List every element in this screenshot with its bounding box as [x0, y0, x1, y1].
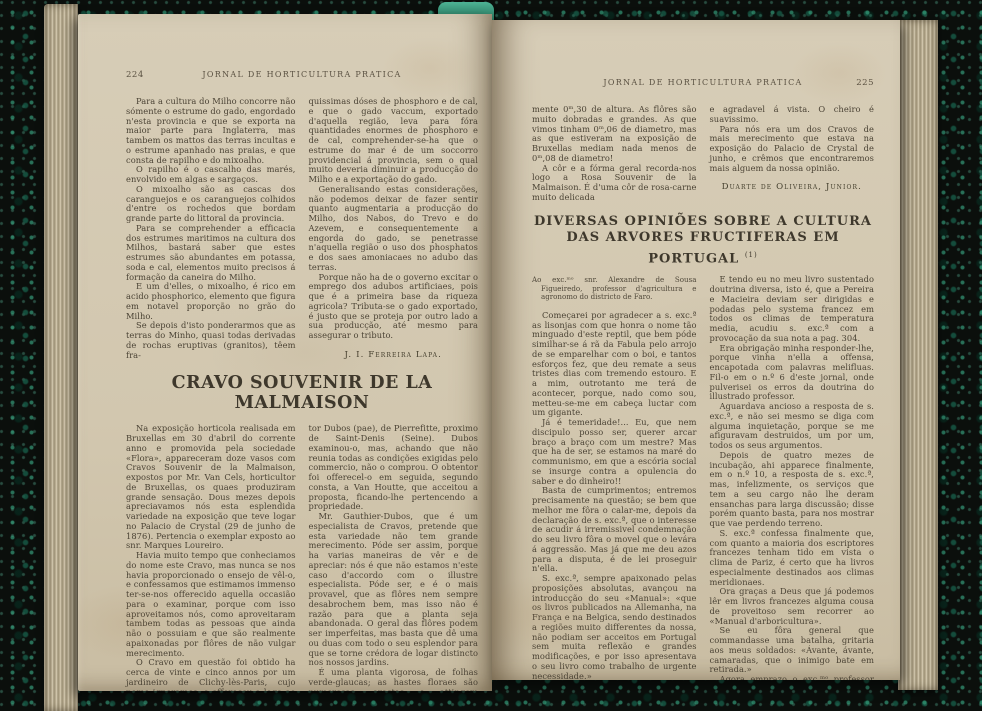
paragraph: Ora graças a Deus que já podemos lêr em …	[710, 587, 875, 626]
paragraph: Aguardava ancioso a resposta de s. exc.ª…	[710, 402, 875, 451]
right-bottom-column-1: Ao exc.ᵐᵒ snr. Alexandre de Sousa Figuei…	[532, 275, 697, 680]
paragraph: mente 0ᵐ,30 de altura. As flôres são mui…	[532, 105, 697, 164]
right-top-column-2: e agradavel á vista. O cheiro é suavissi…	[710, 105, 875, 203]
right-page-stack-edge	[898, 20, 938, 690]
paragraph: Para a cultura do Milho concorre não sóm…	[126, 97, 296, 165]
paragraph: S. exc.ª confessa finalmente que, com qu…	[710, 529, 875, 588]
right-page: JORNAL DE HORTICULTURA PRATICA 225 mente…	[492, 20, 900, 680]
paragraph: O Cravo em questão foi obtido ha cerca d…	[126, 658, 296, 691]
paragraph: É uma planta vigorosa, de folhas verde-g…	[309, 668, 479, 691]
book-photo: 224 JORNAL DE HORTICULTURA PRATICA Para …	[0, 0, 982, 711]
article-heading-diversas: DIVERSAS OPINIÕES SOBRE A CULTURA DAS AR…	[532, 214, 874, 268]
paragraph: Porque não ha de o governo excitar o emp…	[309, 273, 479, 341]
left-top-column-1: Para a cultura do Milho concorre não sóm…	[126, 97, 296, 360]
left-page: 224 JORNAL DE HORTICULTURA PRATICA Para …	[78, 14, 492, 691]
left-page-top-columns: Para a cultura do Milho concorre não sóm…	[126, 97, 478, 360]
paragraph: S. exc.ª, sempre apaixonado pelas propos…	[532, 574, 697, 680]
left-top-column-2: quissimas dóses de phosphoro e de cal, e…	[309, 97, 479, 360]
paragraph: Havia muito tempo que conheciamos do nom…	[126, 551, 296, 658]
paragraph: tor Dubos (pae), de Pierrefitte, proximo…	[309, 424, 479, 512]
paragraph: E tendo eu no meu livro sustentado doutr…	[710, 275, 875, 343]
right-bottom-column-2: E tendo eu no meu livro sustentado doutr…	[710, 275, 875, 680]
paragraph: Generalisando estas considerações, não p…	[309, 185, 479, 273]
paragraph: Para se comprehender a efficacia dos est…	[126, 224, 296, 283]
paragraph: Se depois d'isto ponderarmos que as terr…	[126, 321, 296, 360]
article-heading-line2-text: DAS ARVORES FRUCTIFERAS EM PORTUGAL	[566, 230, 839, 266]
right-page-top-columns: mente 0ᵐ,30 de altura. As flôres são mui…	[532, 105, 874, 203]
paragraph: Era obrigação minha responder-lhe, porqu…	[710, 344, 875, 403]
paragraph: O mixoalho são as cascas dos caranguejos…	[126, 185, 296, 224]
left-page-header: 224 JORNAL DE HORTICULTURA PRATICA	[126, 70, 478, 82]
right-page-number: 225	[856, 78, 874, 88]
left-page-bottom-columns: Na exposição horticola realisada em Brux…	[126, 424, 478, 691]
paragraph: Mr. Gauthier-Dubos, que é um especialist…	[309, 512, 479, 668]
left-bottom-column-2: tor Dubos (pae), de Pierrefitte, proximo…	[309, 424, 479, 691]
paragraph: Se eu fôra general que commandasse uma b…	[710, 626, 875, 675]
paragraph: Depois de quatro mezes de incubação, ahi…	[710, 451, 875, 529]
paragraph: Na exposição horticola realisada em Brux…	[126, 424, 296, 551]
paragraph: e agradavel á vista. O cheiro é suavissi…	[710, 105, 875, 125]
author-signature-ferreira-lapa: J. I. Ferreira Lapa.	[309, 350, 479, 360]
article-heading-line1: DIVERSAS OPINIÕES SOBRE A CULTURA	[532, 214, 874, 231]
footnote-reference: (1)	[745, 251, 758, 259]
right-page-bottom-columns: Ao exc.ᵐᵒ snr. Alexandre de Sousa Figuei…	[532, 275, 874, 680]
author-signature-duarte-oliveira: Duarte de Oliveira, Junior.	[710, 182, 875, 192]
article-dedication: Ao exc.ᵐᵒ snr. Alexandre de Sousa Figuei…	[532, 276, 697, 302]
paragraph: Começarei por agradecer a s. exc.ª as li…	[532, 311, 697, 418]
article-heading-line2: DAS ARVORES FRUCTIFERAS EM PORTUGAL (1)	[532, 230, 874, 267]
paragraph: Agora emprazo o exc.ᵐᵒ professor para qu…	[710, 675, 875, 680]
paragraph: quissimas dóses de phosphoro e de cal, e…	[309, 97, 479, 185]
journal-title: JORNAL DE HORTICULTURA PRATICA	[532, 78, 874, 87]
paragraph: E um d'elles, o mixoalho, é rico em acid…	[126, 282, 296, 321]
paragraph: Para nós era um dos Cravos de mais merec…	[710, 125, 875, 174]
right-page-header: JORNAL DE HORTICULTURA PRATICA 225	[532, 78, 874, 90]
journal-title: JORNAL DE HORTICULTURA PRATICA	[126, 70, 478, 79]
left-bottom-column-1: Na exposição horticola realisada em Brux…	[126, 424, 296, 691]
paragraph: A côr e a fórma geral recorda-nos logo a…	[532, 164, 697, 203]
article-heading-cravo: CRAVO SOUVENIR DE LA MALMAISON	[126, 373, 478, 413]
paragraph: Basta de cumprimentos; entremos precisam…	[532, 486, 697, 574]
right-top-column-1: mente 0ᵐ,30 de altura. As flôres são mui…	[532, 105, 697, 203]
paragraph: Já é temeridade!... Eu, que nem discipul…	[532, 418, 697, 486]
left-page-stack-edge	[44, 4, 78, 711]
paragraph: O rapilho é o cascalho das marés, envolv…	[126, 165, 296, 185]
